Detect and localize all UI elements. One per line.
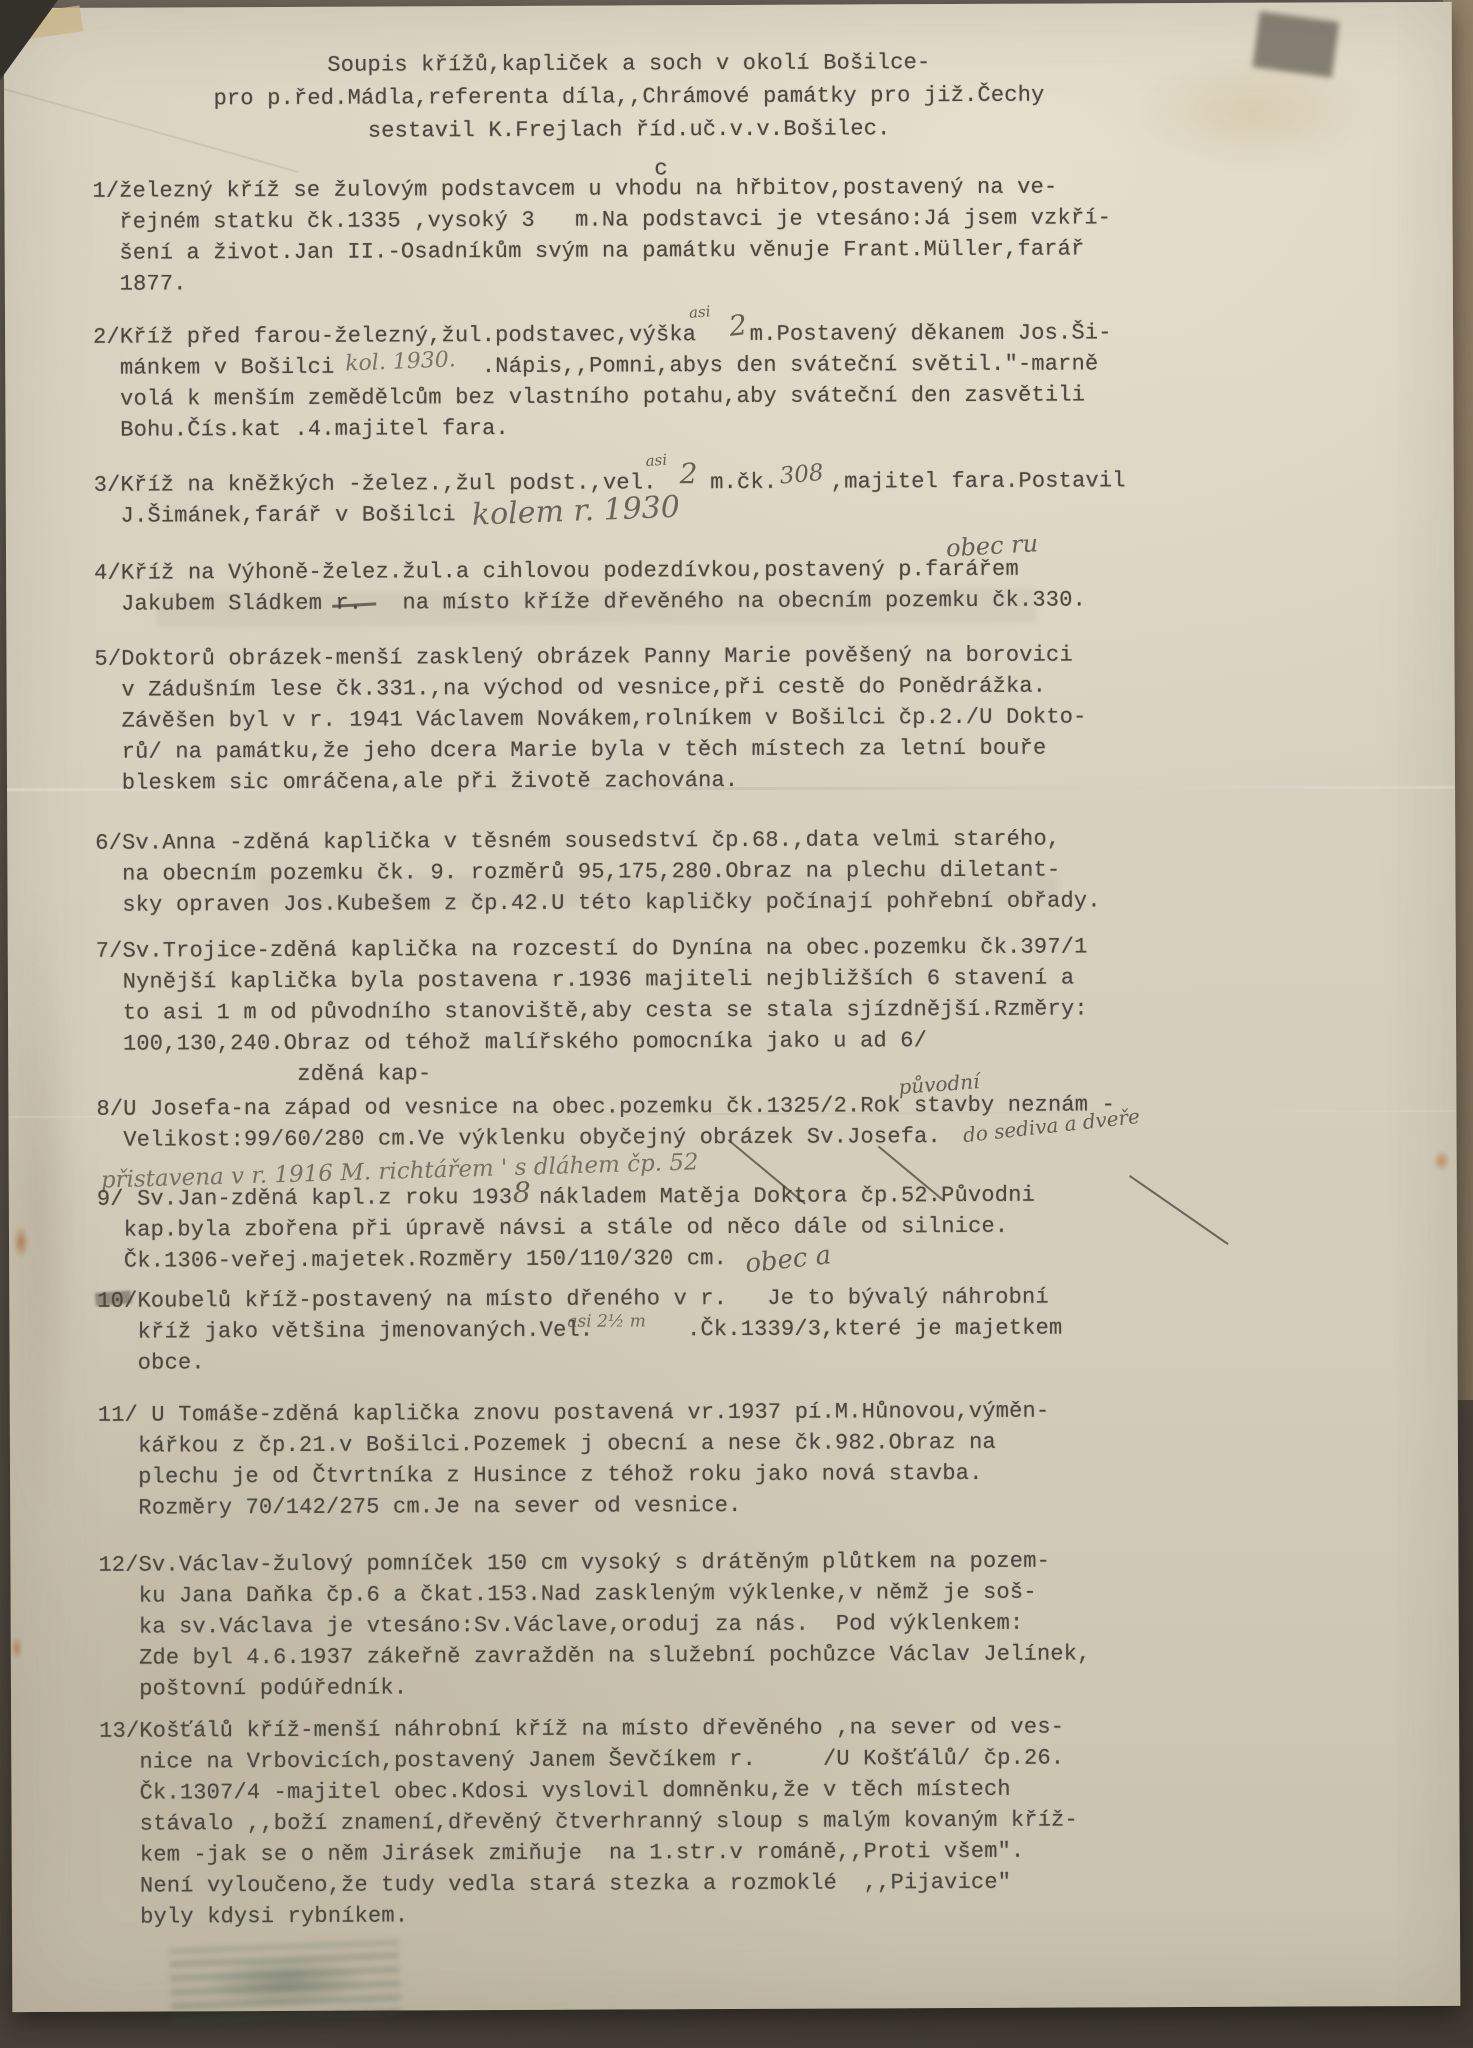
entry-7: 7/Sv.Trojice-zděná kaplička na rozcestí …: [96, 931, 1088, 1090]
title-line-2: pro p.řed.Mádla,referenta díla,,Chrámové…: [94, 78, 1164, 116]
handwritten-measurement: asi 2½ m: [567, 1311, 646, 1331]
rust-spot: [13, 1226, 29, 1258]
entry-5: 5/Doktorů obrázek-menší zasklený obrázek…: [94, 639, 1086, 798]
title-line-3: sestavil K.Frejlach říd.uč.v.v.Bošilec.: [94, 111, 1164, 149]
entry-1-text: 1/železný kříž se žulovým podstavcem u v…: [92, 171, 1111, 299]
dark-smudge: [1252, 11, 1339, 77]
stamp-smudge: [169, 1940, 402, 2023]
strike-mark: [1129, 1175, 1229, 1245]
entry-4: 4/Kříž na Výhoně-želez.žul.a cihlovou po…: [94, 553, 1086, 619]
document-title: Soupis křížů,kapliček a soch v okolí Boš…: [94, 45, 1164, 149]
entry-2-text: 2/Kříž před farou-železný,žul.podstavec,…: [93, 317, 1112, 445]
handwritten-note: asi: [645, 451, 668, 471]
handwritten-value: 2: [680, 457, 698, 490]
entry-7-text: 7/Sv.Trojice-zděná kaplička na rozcestí …: [96, 931, 1088, 1090]
entry-11: 11/ U Tomáše-zděná kaplička znovu postav…: [98, 1396, 1050, 1524]
handwritten-note: obec ru: [945, 529, 1038, 562]
entry-5-text: 5/Doktorů obrázek-menší zasklený obrázek…: [94, 639, 1086, 798]
entry-1: 1/železný kříž se žulovým podstavcem u v…: [92, 171, 1111, 299]
entry-6: 6/Sv.Anna -zděná kaplička v těsném souse…: [95, 823, 1101, 920]
document-paper: Soupis křížů,kapliček a soch v okolí Boš…: [4, 2, 1461, 2012]
entry-11-text: 11/ U Tomáše-zděná kaplička znovu postav…: [98, 1396, 1050, 1524]
paper-stain: [0, 888, 80, 1528]
entry-13-text: 13/Košťálů kříž-menší náhrobní kříž na m…: [99, 1711, 1078, 1932]
title-line-1: Soupis křížů,kapliček a soch v okolí Boš…: [94, 45, 1164, 83]
handwritten-date: kol. 1930.: [345, 347, 456, 376]
entry-12: 12/Sv.Václav-žulový pomníček 150 cm vyso…: [98, 1545, 1090, 1704]
entry-9: 9/ Sv.Jan-zděná kapl.z roku 193 nákladem…: [97, 1180, 1036, 1277]
rust-spot: [11, 1636, 23, 1660]
entry-12-text: 12/Sv.Václav-žulový pomníček 150 cm vyso…: [98, 1545, 1090, 1704]
entry-6-text: 6/Sv.Anna -zděná kaplička v těsném souse…: [95, 823, 1101, 920]
handwritten-note: asi: [688, 302, 711, 322]
handwritten-value: 2: [727, 308, 748, 343]
entry-2: 2/Kříž před farou-železný,žul.podstavec,…: [93, 317, 1112, 445]
entry-13: 13/Košťálů kříž-menší náhrobní kříž na m…: [99, 1711, 1078, 1932]
entry-9-text: 9/ Sv.Jan-zděná kapl.z roku 193 nákladem…: [97, 1180, 1036, 1277]
handwritten-number: 308: [779, 460, 825, 490]
entry-3: 3/Kříž na kněžkých -želez.,žul podst.,ve…: [94, 465, 1126, 532]
photo-of-document: { "document": { "title_lines": [ "Soupis…: [0, 0, 1473, 2048]
strike-mark: [95, 1290, 132, 1306]
handwritten-value: 8: [513, 1176, 531, 1209]
rust-spot: [1433, 1150, 1451, 1172]
entry-4-text: 4/Kříž na Výhoně-želez.žul.a cihlovou po…: [94, 553, 1086, 619]
entry-8: 8/U Josefa-na západ od vesnice na obec.p…: [96, 1089, 1115, 1155]
entry-10: 10/Koubelů kříž-postavený na místo dřené…: [97, 1282, 1062, 1379]
